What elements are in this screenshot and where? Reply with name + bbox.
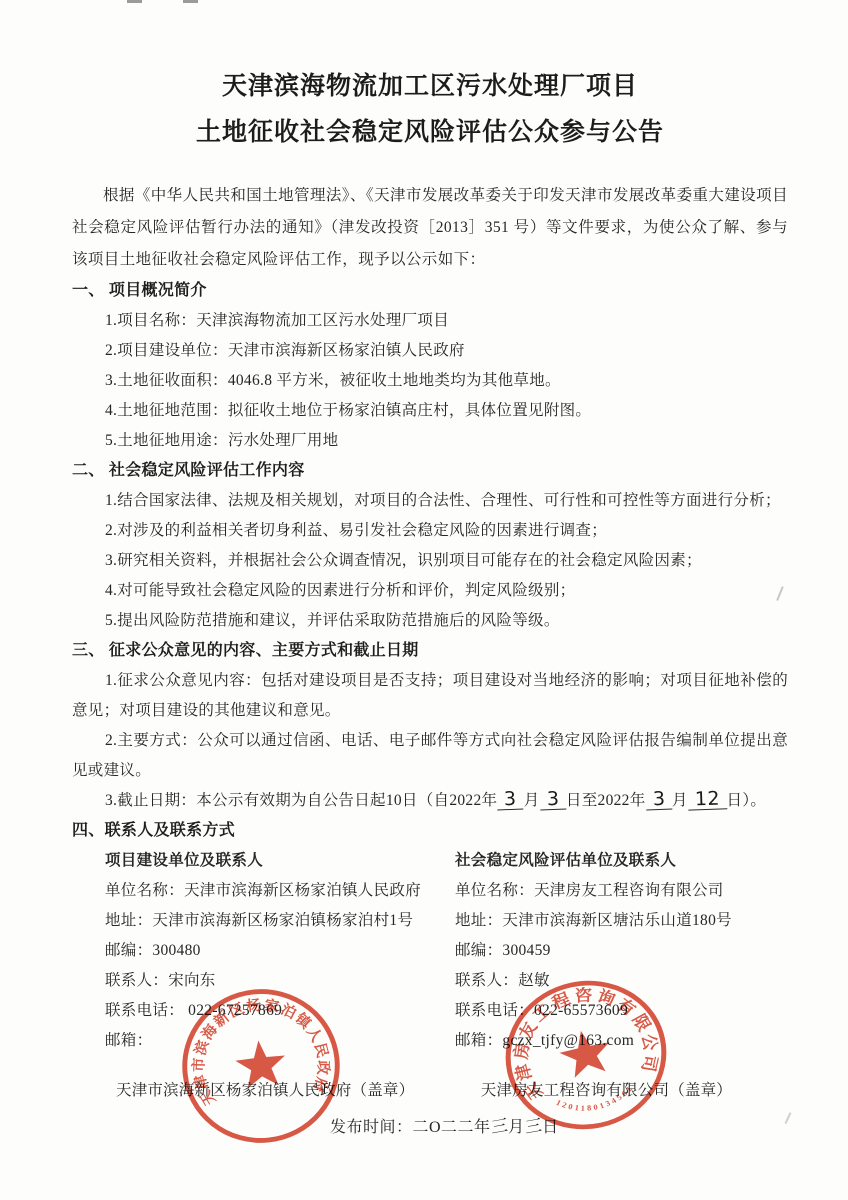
handwritten-publish-month: 三: [490, 1110, 509, 1143]
section-heading: 三、 征求公众意见的内容、主要方式和截止日期: [72, 636, 788, 666]
contact-line: 单位名称：天津市滨海新区杨家泊镇人民政府: [105, 876, 455, 906]
list-item: 2.项目建设单位：天津市滨海新区杨家泊镇人民政府: [105, 336, 788, 366]
list-item: 3.土地征收面积：4046.8 平方米，被征收土地地类均为其他草地。: [105, 366, 788, 396]
publish-date-text: 发布时间：二O二二年: [330, 1119, 491, 1136]
handwritten-end-day: 12: [687, 789, 726, 810]
section-items: 1.征求公众意见内容：包括对建设项目是否支持；项目建设对当地经济的影响；对项目征…: [72, 666, 788, 816]
section-items: 1.结合国家法律、法规及相关规划，对项目的合法性、合理性、可行性和可控性等方面进…: [72, 486, 788, 636]
contact-col-builder: 项目建设单位及联系人 单位名称：天津市滨海新区杨家泊镇人民政府 地址：天津市滨海…: [105, 846, 455, 1056]
list-item: 1.项目名称：天津滨海物流加工区污水处理厂项目: [105, 306, 788, 336]
contact-line: 联系人：宋向东: [105, 966, 455, 996]
deadline-text: 月: [524, 792, 540, 809]
list-item: 2.主要方式：公众可以通过信函、电话、电子邮件等方式向社会稳定风险评估报告编制单…: [72, 726, 788, 786]
section-heading: 二、 社会稳定风险评估工作内容: [72, 456, 788, 486]
section-items: 1.项目名称：天津滨海物流加工区污水处理厂项目 2.项目建设单位：天津市滨海新区…: [72, 306, 788, 456]
contact-line: 地址：天津市滨海新区塘沽乐山道180号: [455, 906, 788, 936]
contact-columns: 项目建设单位及联系人 单位名称：天津市滨海新区杨家泊镇人民政府 地址：天津市滨海…: [72, 846, 788, 1056]
signature-row: 天津市滨海新区杨家泊镇人民政府（盖章） 天津房友工程咨询有限公司（盖章）: [72, 1076, 788, 1106]
deadline-text: 日至2022年: [566, 792, 646, 809]
list-item: 4.土地征地范围：拟征收土地位于杨家泊镇高庄村，具体位置见附图。: [105, 396, 788, 426]
contact-col-assessor: 社会稳定风险评估单位及联系人 单位名称：天津房友工程咨询有限公司 地址：天津市滨…: [455, 846, 788, 1056]
intro-paragraph: 根据《中华人民共和国土地管理法》、《天津市发展改革委关于印发天津市发展改革委重大…: [72, 180, 788, 276]
handwritten-publish-day: 三: [524, 1110, 543, 1143]
publish-date-text: 月: [508, 1119, 525, 1136]
contact-col-heading: 项目建设单位及联系人: [105, 846, 455, 876]
scanned-notice-page: 天津滨海物流加工区污水处理厂项目 土地征收社会稳定风险评估公众参与公告 根据《中…: [0, 0, 848, 1200]
list-item: 3.研究相关资料，并根据社会公众调查情况，识别项目可能存在的社会稳定风险因素；: [105, 546, 788, 576]
deadline-text: 月: [672, 792, 688, 809]
assessor-signature-line: 天津房友工程咨询有限公司（盖章）: [481, 1076, 732, 1106]
list-item: 5.土地征地用途：污水处理厂用地: [105, 426, 788, 456]
document-content: 天津滨海物流加工区污水处理厂项目 土地征收社会稳定风险评估公众参与公告 根据《中…: [0, 0, 848, 1200]
contact-line: 联系电话： 022-67257869: [105, 996, 455, 1026]
handwritten-end-month: 3: [645, 790, 672, 811]
deadline-text: 日）。: [727, 792, 767, 809]
list-item: 5.提出风险防范措施和建议，并评估采取防范措施后的风险等级。: [105, 606, 788, 636]
deadline-text: 3.截止日期：本公示有效期为自公告日起10日（自2022年: [105, 792, 497, 809]
contact-line: 地址：天津市滨海新区杨家泊镇杨家泊村1号: [105, 906, 455, 936]
list-item: 4.对可能导致社会稳定风险的因素进行分析和评价，判定风险级别；: [105, 576, 788, 606]
section-heading: 一、 项目概况简介: [72, 276, 788, 306]
section-assessment-content: 二、 社会稳定风险评估工作内容 1.结合国家法律、法规及相关规划，对项目的合法性…: [72, 456, 788, 636]
builder-signature-line: 天津市滨海新区杨家泊镇人民政府（盖章）: [116, 1076, 414, 1106]
handwritten-start-day: 3: [539, 790, 566, 811]
contact-line: 联系人：赵敏: [455, 966, 788, 996]
contact-line: 邮编：300459: [455, 936, 788, 966]
list-item: 2.对涉及的利益相关者切身利益、易引发社会稳定风险的因素进行调查；: [105, 516, 788, 546]
contact-line: 邮箱：gczx_tjfy@163.com: [455, 1026, 788, 1056]
contact-line: 联系电话：022-65573609: [455, 996, 788, 1026]
section-public-opinion: 三、 征求公众意见的内容、主要方式和截止日期 1.征求公众意见内容：包括对建设项…: [72, 636, 788, 816]
handwritten-start-month: 3: [497, 790, 524, 811]
publish-date-text: 日: [542, 1119, 559, 1136]
section-heading: 四、联系人及联系方式: [72, 816, 788, 846]
publish-date-line: 发布时间：二O二二年三月三日: [330, 1112, 788, 1143]
section-project-overview: 一、 项目概况简介 1.项目名称：天津滨海物流加工区污水处理厂项目 2.项目建设…: [72, 276, 788, 456]
section-contacts: 四、联系人及联系方式 项目建设单位及联系人 单位名称：天津市滨海新区杨家泊镇人民…: [72, 816, 788, 1056]
contact-col-heading: 社会稳定风险评估单位及联系人: [455, 846, 788, 876]
contact-line: 邮箱：: [105, 1026, 455, 1056]
doc-title-line1: 天津滨海物流加工区污水处理厂项目: [72, 70, 788, 104]
list-item: 1.结合国家法律、法规及相关规划，对项目的合法性、合理性、可行性和可控性等方面进…: [105, 486, 788, 516]
deadline-line: 3.截止日期：本公示有效期为自公告日起10日（自2022年3月3日至2022年3…: [105, 786, 788, 816]
doc-title-line2: 土地征收社会稳定风险评估公众参与公告: [72, 116, 788, 150]
list-item: 1.征求公众意见内容：包括对建设项目是否支持；项目建设对当地经济的影响；对项目征…: [72, 666, 788, 726]
contact-line: 邮编：300480: [105, 936, 455, 966]
contact-line: 单位名称：天津房友工程咨询有限公司: [455, 876, 788, 906]
